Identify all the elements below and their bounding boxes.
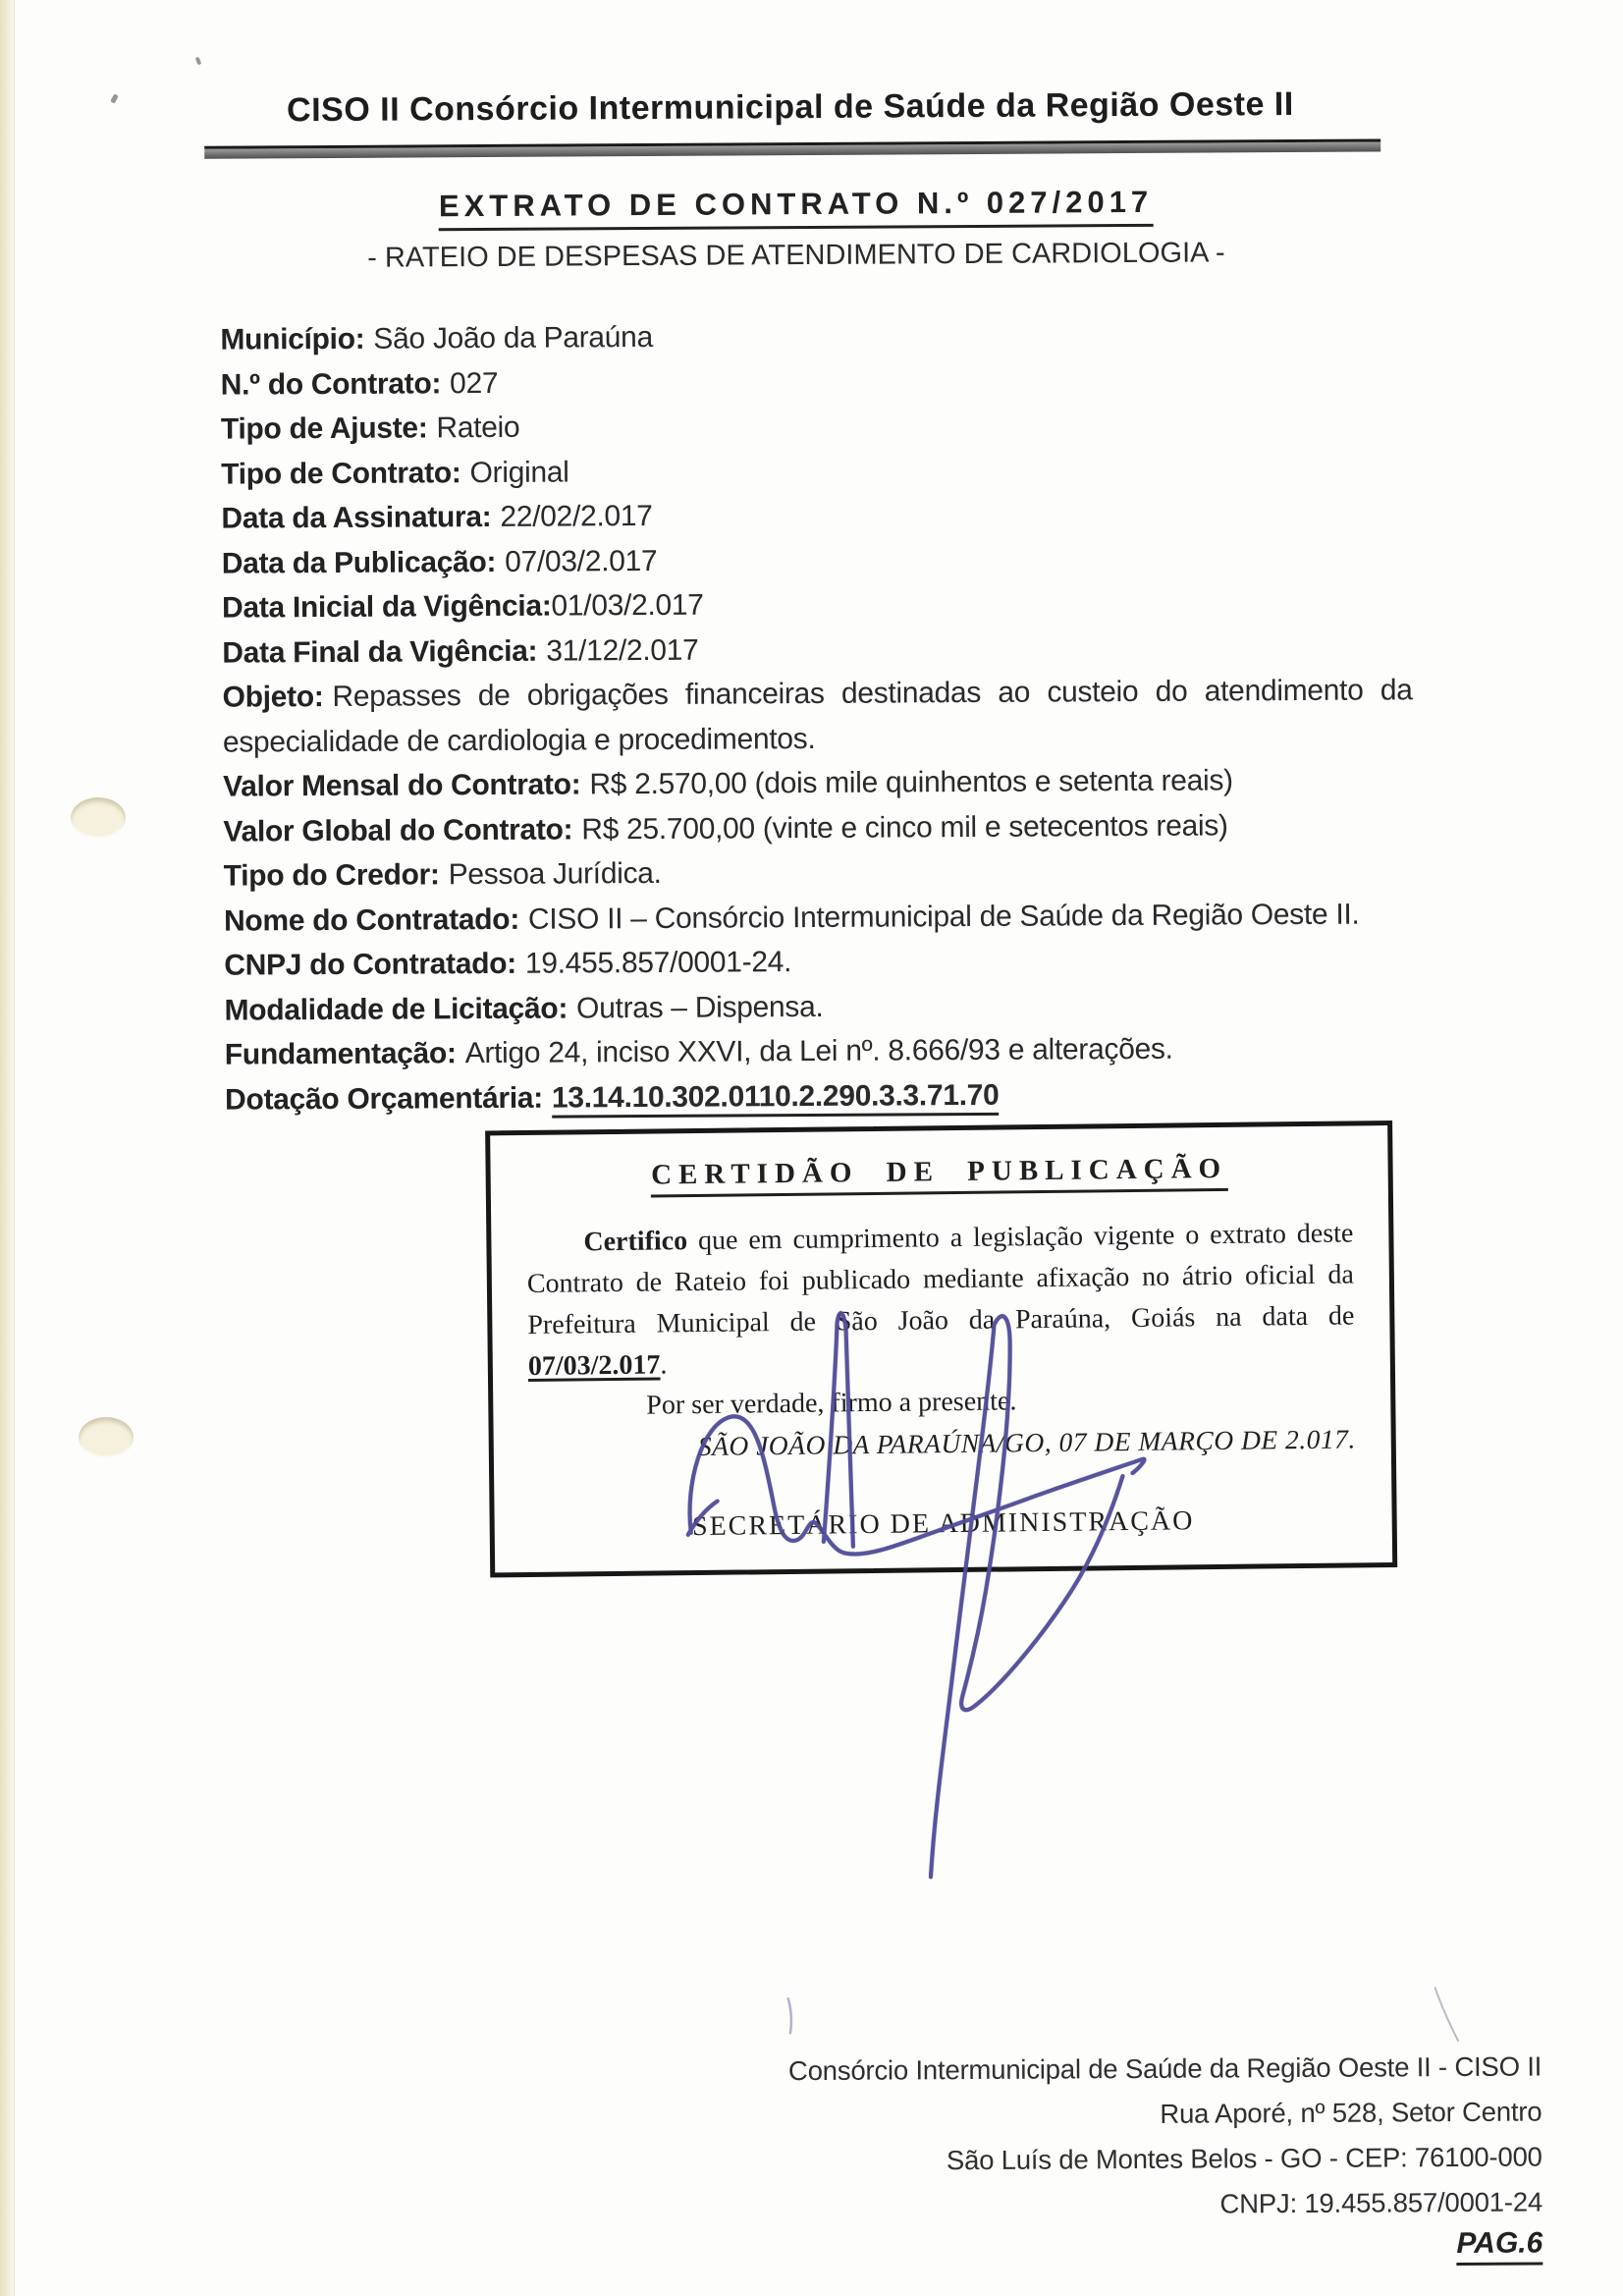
field-row: Valor Global do Contrato:R$ 25.700,00 (v…	[223, 802, 1413, 854]
field-row: Data Inicial da Vigência:01/03/2.017	[222, 578, 1412, 630]
field-label: Data da Assinatura:	[221, 501, 491, 535]
field-label: Data Inicial da Vigência:	[222, 590, 552, 625]
field-row: Município:São João da Paraúna	[220, 310, 1410, 362]
field-value: Pessoa Jurídica.	[449, 857, 662, 891]
page-number-label: PAG.6	[1456, 2226, 1542, 2266]
field-row: Tipo do Credor:Pessoa Jurídica.	[224, 847, 1414, 899]
field-value: Outras – Dispensa.	[576, 990, 824, 1024]
field-value: 027	[450, 366, 498, 399]
document-content: CISO II Consórcio Intermunicipal de Saúd…	[0, 0, 1623, 2296]
field-row: Dotação Orçamentária:13.14.10.302.0110.2…	[225, 1070, 1415, 1122]
field-label: Nome do Contratado:	[224, 902, 519, 937]
field-row: Fundamentação:Artigo 24, inciso XXVI, da…	[225, 1025, 1415, 1077]
certificate-publication-date: 07/03/2.017	[528, 1349, 661, 1382]
field-row: Modalidade de Licitação:Outras – Dispens…	[224, 981, 1414, 1033]
field-value: 07/03/2.017	[505, 544, 657, 577]
field-label: Tipo de Ajuste:	[221, 411, 428, 445]
field-row: Objeto:Repasses de obrigações financeira…	[222, 668, 1413, 764]
field-row: Data Final da Vigência:31/12/2.017	[222, 624, 1412, 676]
field-label: Fundamentação:	[225, 1037, 457, 1070]
field-label: Município:	[220, 323, 364, 356]
field-row: Data da Assinatura:22/02/2.017	[221, 489, 1411, 541]
field-row: Tipo de Ajuste:Rateio	[221, 400, 1411, 452]
field-value: 22/02/2.017	[500, 500, 652, 533]
certificate-lead-word: Certifico	[583, 1226, 687, 1257]
scanned-document-page: CISO II Consórcio Intermunicipal de Saúd…	[0, 0, 1623, 2296]
field-value: São João da Paraúna	[373, 321, 653, 355]
field-value: 13.14.10.302.0110.2.290.3.3.71.70	[552, 1078, 1000, 1118]
document-title: EXTRATO DE CONTRATO N.º 027/2017	[439, 185, 1153, 231]
field-row: Tipo de Contrato:Original	[221, 445, 1411, 497]
page-number-row: PAG.6	[1456, 2226, 1542, 2266]
document-title-block: EXTRATO DE CONTRATO N.º 027/2017 - RATEI…	[0, 182, 1596, 277]
document-subtitle: - RATEIO DE DESPESAS DE ATENDIMENTO DE C…	[0, 235, 1596, 277]
field-label: Tipo de Contrato:	[221, 457, 461, 490]
field-value: R$ 2.570,00 (dois mile quinhentos e sete…	[589, 764, 1233, 800]
field-label: Data Final da Vigência:	[222, 634, 537, 669]
field-row: CNPJ do Contratado:19.455.857/0001-24.	[224, 936, 1414, 988]
field-label: N.º do Contrato:	[221, 367, 442, 401]
field-value: 01/03/2.017	[551, 589, 703, 623]
certificate-body: Certifico que em cumprimento a legislaçã…	[526, 1213, 1355, 1388]
field-label: Valor Global do Contrato:	[223, 813, 572, 847]
field-value: 31/12/2.017	[546, 633, 698, 667]
header-divider-rule	[204, 138, 1380, 158]
field-row: Data da Publicação:07/03/2.017	[222, 534, 1412, 586]
field-row: Nome do Contratado:CISO II – Consórcio I…	[224, 892, 1414, 944]
field-row: N.º do Contrato:027	[221, 355, 1411, 408]
certificate-title: CERTIDÃO DE PUBLICAÇÃO	[651, 1153, 1227, 1198]
field-value: 19.455.857/0001-24.	[525, 946, 791, 980]
field-value: CISO II – Consórcio Intermunicipal de Sa…	[528, 898, 1360, 935]
field-label: CNPJ do Contratado:	[224, 948, 516, 982]
fields-list: Município:São João da Paraúna N.º do Con…	[220, 310, 1415, 1121]
field-label: Data da Publicação:	[222, 545, 497, 579]
certificate-affirmation: Por ser verdade, firmo a presente.	[528, 1382, 1355, 1423]
org-header-title: CISO II Consórcio Intermunicipal de Saúd…	[182, 84, 1399, 131]
field-label: Modalidade de Licitação:	[224, 992, 568, 1026]
field-label: Objeto:	[223, 681, 324, 714]
field-value: Repasses de obrigações financeiras desti…	[223, 674, 1413, 758]
footer-address-block: Consórcio Intermunicipal de Saúde da Reg…	[658, 2044, 1542, 2229]
field-label: Tipo do Credor:	[224, 858, 440, 892]
certificate-city-date: SÃO JOÃO DA PARAÚNA/GO, 07 DE MARÇO DE 2…	[529, 1423, 1356, 1464]
publication-certificate-box: CERTIDÃO DE PUBLICAÇÃO Certifico que em …	[485, 1121, 1397, 1577]
footer-line: São Luís de Montes Belos - GO - CEP: 761…	[659, 2134, 1542, 2184]
footer-line: Consórcio Intermunicipal de Saúde da Reg…	[658, 2044, 1542, 2094]
footer-line: CNPJ: 19.455.857/0001-24	[659, 2179, 1542, 2229]
field-label: Dotação Orçamentária:	[225, 1081, 543, 1116]
field-value: Rateio	[436, 411, 519, 445]
field-value: Original	[469, 456, 568, 489]
footer-line: Rua Aporé, nº 528, Setor Centro	[658, 2089, 1542, 2139]
field-value: R$ 25.700,00 (vinte e cinco mil e setece…	[581, 809, 1228, 846]
field-row: Valor Mensal do Contrato:R$ 2.570,00 (do…	[223, 757, 1413, 809]
field-label: Valor Mensal do Contrato:	[223, 768, 580, 802]
signer-role-label: SECRETÁRIO DE ADMINISTRAÇÃO	[530, 1503, 1357, 1545]
field-value: Artigo 24, inciso XXVI, da Lei nº. 8.666…	[465, 1033, 1173, 1069]
